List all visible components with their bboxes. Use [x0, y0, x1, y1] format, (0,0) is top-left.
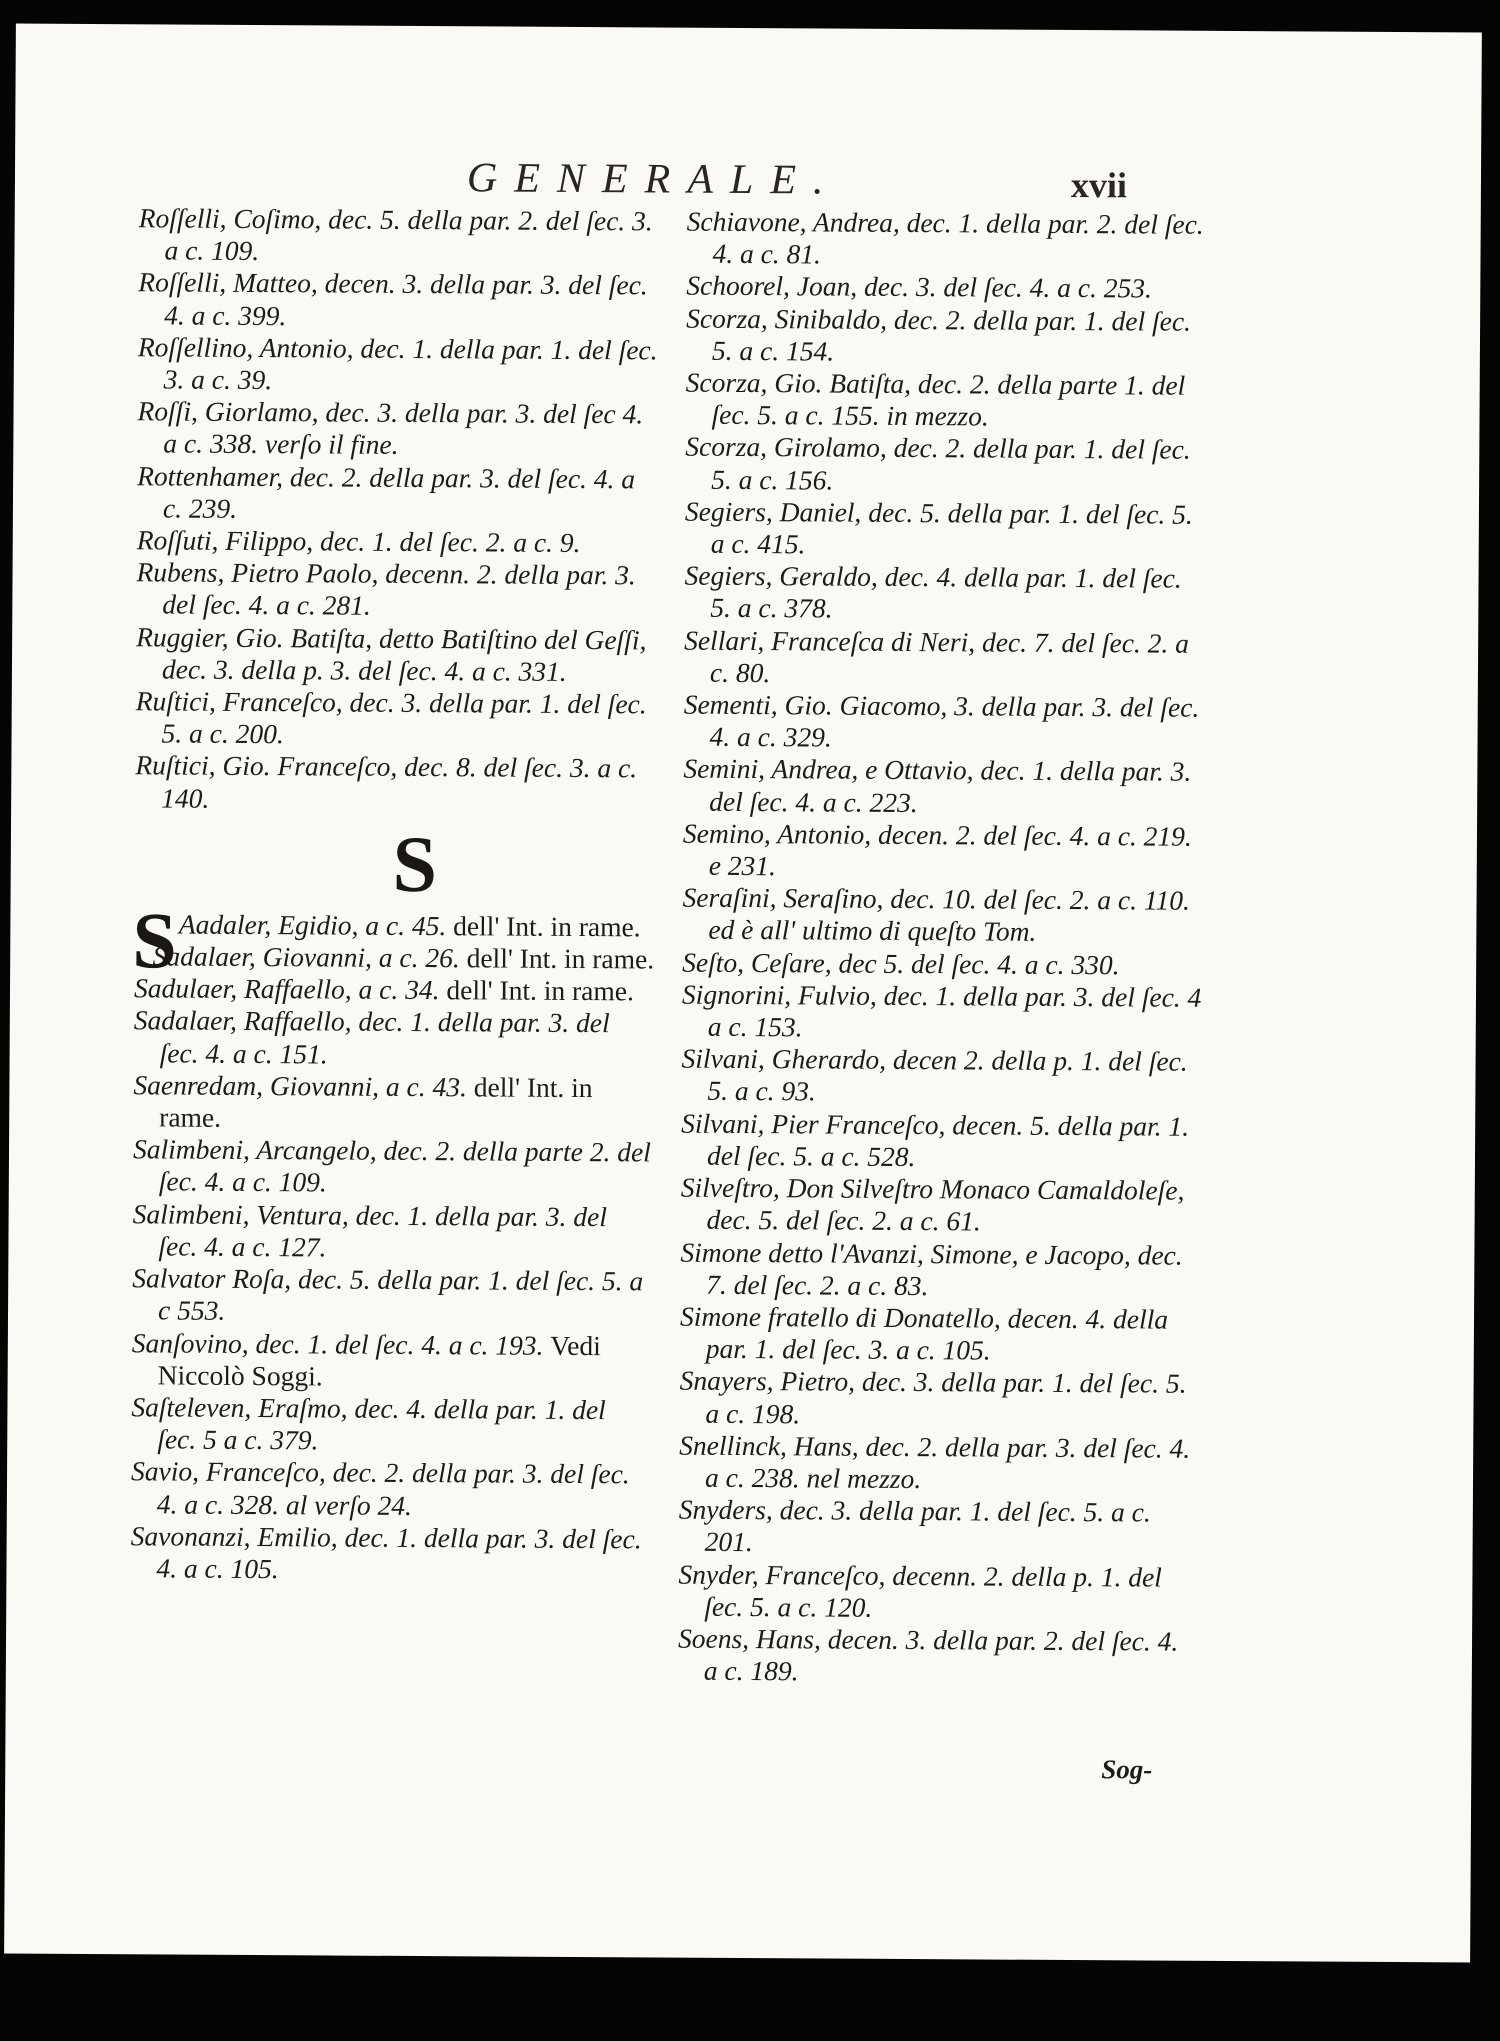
- index-entry: Ruſtici, Franceſco, dec. 3. della par. 1…: [135, 685, 655, 753]
- index-entry-dropcap: SAadaler, Egidio, a c. 45. dell' Int. in…: [134, 908, 654, 943]
- index-entry: Silvani, Gherardo, decen 2. della p. 1. …: [681, 1043, 1201, 1111]
- index-entry: Roſſuti, Filippo, dec. 1. del ſec. 2. a …: [137, 524, 657, 559]
- index-entry: Semini, Andrea, e Ottavio, dec. 1. della…: [683, 753, 1203, 821]
- index-entry: Scorza, Gio. Batiſta, dec. 2. della part…: [685, 367, 1205, 435]
- index-entry: Silvani, Pier Franceſco, decen. 5. della…: [681, 1107, 1201, 1175]
- index-entry: Silveſtro, Don Silveſtro Monaco Camaldol…: [681, 1172, 1201, 1240]
- index-entry: Segiers, Geraldo, dec. 4. della par. 1. …: [684, 560, 1204, 628]
- index-entry: Savonanzi, Emilio, dec. 1. della par. 3.…: [130, 1520, 650, 1588]
- index-entry: Signorini, Fulvio, dec. 1. della par. 3.…: [682, 979, 1202, 1047]
- left-column: Roſſelli, Coſimo, dec. 5. della par. 2. …: [130, 202, 658, 1587]
- index-entry: Scorza, Sinibaldo, dec. 2. della par. 1.…: [686, 302, 1206, 370]
- index-entry: Simone fratello di Donatello, decen. 4. …: [680, 1301, 1200, 1369]
- index-entry: Roſſi, Giorlamo, dec. 3. della par. 3. d…: [137, 396, 657, 464]
- index-entry: Roſſelli, Matteo, decen. 3. della par. 3…: [138, 267, 658, 335]
- index-entry: Rottenhamer, dec. 2. della par. 3. del ſ…: [137, 460, 657, 528]
- index-entry: Roſſellino, Antonio, dec. 1. della par. …: [138, 331, 658, 399]
- index-entry: Snyders, dec. 3. della par. 1. del ſec. …: [679, 1494, 1199, 1562]
- drop-cap: S: [132, 912, 177, 970]
- index-entry: Saenredam, Giovanni, a c. 43. dell' Int.…: [133, 1069, 653, 1137]
- index-entry: Simone detto l'Avanzi, Simone, e Jacopo,…: [680, 1236, 1200, 1304]
- index-entry: Roſſelli, Coſimo, dec. 5. della par. 2. …: [138, 202, 658, 270]
- index-entry: Sadalaer, Giovanni, a c. 26. dell' Int. …: [134, 940, 654, 975]
- running-title: GENERALE.: [467, 154, 841, 204]
- section-heading-letter: S: [135, 818, 656, 911]
- index-entry: Salimbeni, Ventura, dec. 1. della par. 3…: [132, 1198, 652, 1266]
- index-entry: Seſto, Ceſare, dec 5. del ſec. 4. a c. 3…: [682, 946, 1202, 981]
- index-entry: Ruſtici, Gio. Franceſco, dec. 8. del ſec…: [135, 750, 655, 818]
- index-entry: Salimbeni, Arcangelo, dec. 2. della part…: [133, 1134, 653, 1202]
- page-number: xvii: [1071, 164, 1127, 206]
- index-entry: Snellinck, Hans, dec. 2. della par. 3. d…: [679, 1429, 1199, 1497]
- index-entry: Schoorel, Joan, dec. 3. del ſec. 4. a c.…: [686, 270, 1206, 305]
- index-entry: Snyder, Franceſco, decenn. 2. della p. 1…: [678, 1558, 1198, 1626]
- index-entry: Soens, Hans, decen. 3. della par. 2. del…: [678, 1623, 1198, 1691]
- index-entry: Savio, Franceſco, dec. 2. della par. 3. …: [131, 1456, 651, 1524]
- index-entry: Scorza, Girolamo, dec. 2. della par. 1. …: [685, 431, 1205, 499]
- book-page: GENERALE. xvii Roſſelli, Coſimo, dec. 5.…: [4, 24, 1482, 1963]
- index-entry: Salvator Roſa, dec. 5. della par. 1. del…: [132, 1262, 652, 1330]
- page-header: GENERALE. xvii: [15, 152, 1481, 211]
- index-entry: Seraſini, Seraſino, dec. 10. del ſec. 2.…: [682, 882, 1202, 950]
- index-entry: Segiers, Daniel, dec. 5. della par. 1. d…: [685, 495, 1205, 563]
- index-entry: Sadulaer, Raffaello, a c. 34. dell' Int.…: [134, 973, 654, 1008]
- index-entry: Sementi, Gio. Giacomo, 3. della par. 3. …: [683, 689, 1203, 757]
- index-entry: Sellari, Franceſca di Neri, dec. 7. del …: [684, 624, 1204, 692]
- index-entry: Ruggier, Gio. Batiſta, detto Batiſtino d…: [136, 621, 656, 689]
- index-entry: Semino, Antonio, decen. 2. del ſec. 4. a…: [683, 817, 1203, 885]
- index-entry: Sadalaer, Raffaello, dec. 1. della par. …: [134, 1005, 654, 1073]
- index-entry: Sanſovino, dec. 1. del ſec. 4. a c. 193.…: [132, 1327, 652, 1395]
- catchword: Sog-: [1101, 1754, 1152, 1785]
- index-entry: Rubens, Pietro Paolo, decenn. 2. della p…: [136, 557, 656, 625]
- index-entry: Schiavone, Andrea, dec. 1. della par. 2.…: [686, 206, 1206, 274]
- index-entry: Saſteleven, Eraſmo, dec. 4. della par. 1…: [131, 1391, 651, 1459]
- right-column: Schiavone, Andrea, dec. 1. della par. 2.…: [678, 206, 1207, 1690]
- index-entry: Snayers, Pietro, dec. 3. della par. 1. d…: [679, 1365, 1199, 1433]
